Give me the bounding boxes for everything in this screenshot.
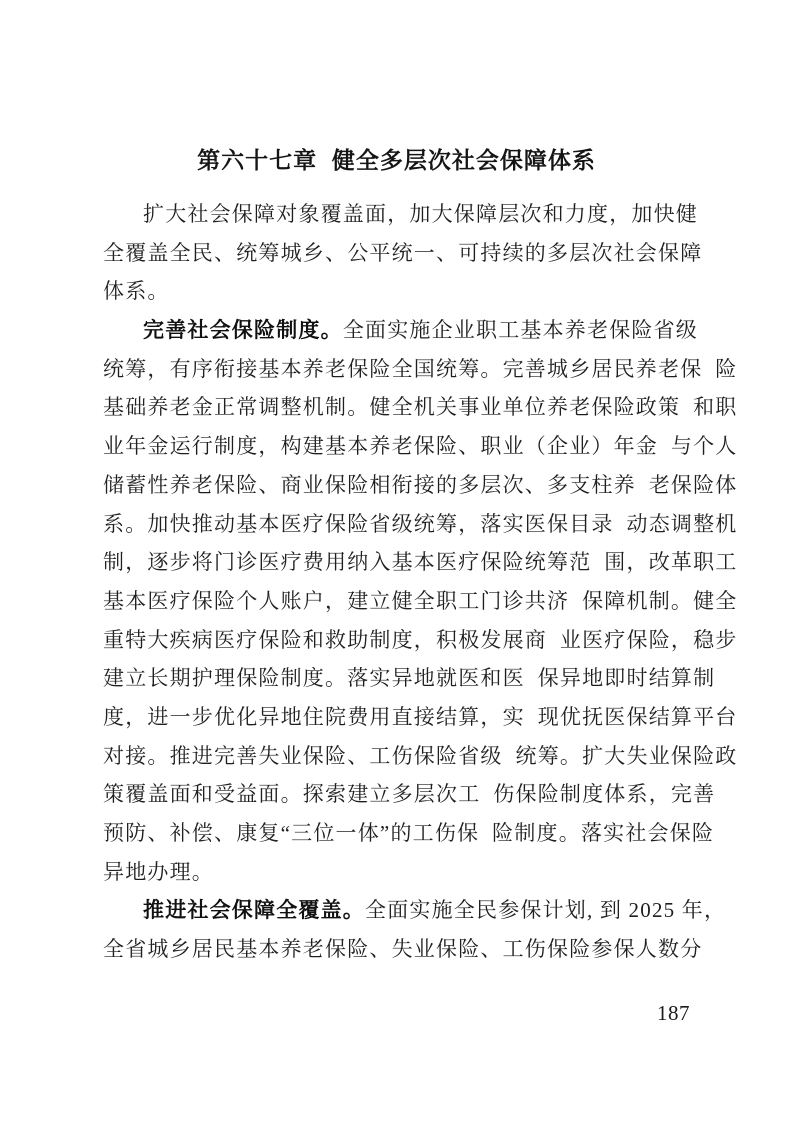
text-line: 储蓄性养老保险、商业保险相衔接的多层次、多支柱养 老保险体 (103, 466, 743, 505)
text-line: 重特大疾病医疗保险和救助制度，积极发展商 业医疗保险，稳步 (103, 621, 743, 660)
text-line: 对接。推进完善失业保险、工伤保险省级 统筹。扩大失业保险政 (103, 737, 743, 776)
paragraph-lead: 完善社会保险制度。 (143, 318, 343, 342)
text-line: 扩大社会保障对象覆盖面，加大保障层次和力度，加快健 (103, 195, 743, 234)
document-page: 第六十七章 健全多层次社会保障体系 扩大社会保障对象覆盖面，加大保障层次和力度，… (0, 0, 793, 1122)
text-line: 建立长期护理保险制度。落实异地就医和医 保异地即时结算制 (103, 659, 743, 698)
text-line: 预防、补偿、康复“三位一体”的工伤保 险制度。落实社会保险 (103, 814, 743, 853)
text-line: 基本医疗保险个人账户，建立健全职工门诊共济 保障机制。健全 (103, 582, 743, 621)
line-text: 全面实施全民参保计划, 到 2025 年， (365, 898, 726, 922)
text-line: 完善社会保险制度。全面实施企业职工基本养老保险省级 (103, 311, 743, 350)
text-line: 制，逐步将门诊医疗费用纳入基本医疗保险统筹范 围，改革职工 (103, 543, 743, 582)
body-text: 扩大社会保障对象覆盖面，加大保障层次和力度，加快健全覆盖全民、统筹城乡、公平统一… (103, 195, 743, 969)
line-text: 全面实施企业职工基本养老保险省级 (343, 318, 698, 342)
text-line: 全省城乡居民基本养老保险、失业保险、工伤保险参保人数分 (103, 930, 743, 969)
text-line: 异地办理。 (103, 853, 743, 892)
text-line: 推进社会保障全覆盖。全面实施全民参保计划, 到 2025 年， (103, 891, 743, 930)
text-line: 基础养老金正常调整机制。健全机关事业单位养老保险政策 和职 (103, 388, 743, 427)
text-line: 业年金运行制度，构建基本养老保险、职业（企业）年金 与个人 (103, 427, 743, 466)
chapter-title: 第六十七章 健全多层次社会保障体系 (0, 142, 793, 175)
text-line: 统筹，有序衔接基本养老保险全国统筹。完善城乡居民养老保 险 (103, 350, 743, 389)
paragraph-lead: 推进社会保障全覆盖。 (143, 898, 365, 922)
page-number: 187 (657, 1001, 690, 1026)
text-line: 全覆盖全民、统筹城乡、公平统一、可持续的多层次社会保障 (103, 234, 743, 273)
text-line: 体系。 (103, 272, 743, 311)
line-text: 扩大社会保障对象覆盖面，加大保障层次和力度，加快健 (143, 202, 698, 226)
text-line: 策覆盖面和受益面。探索建立多层次工 伤保险制度体系，完善 (103, 775, 743, 814)
text-line: 度，进一步优化异地住院费用直接结算，实 现优抚医保结算平台 (103, 698, 743, 737)
text-line: 系。加快推动基本医疗保险省级统筹，落实医保目录 动态调整机 (103, 505, 743, 544)
